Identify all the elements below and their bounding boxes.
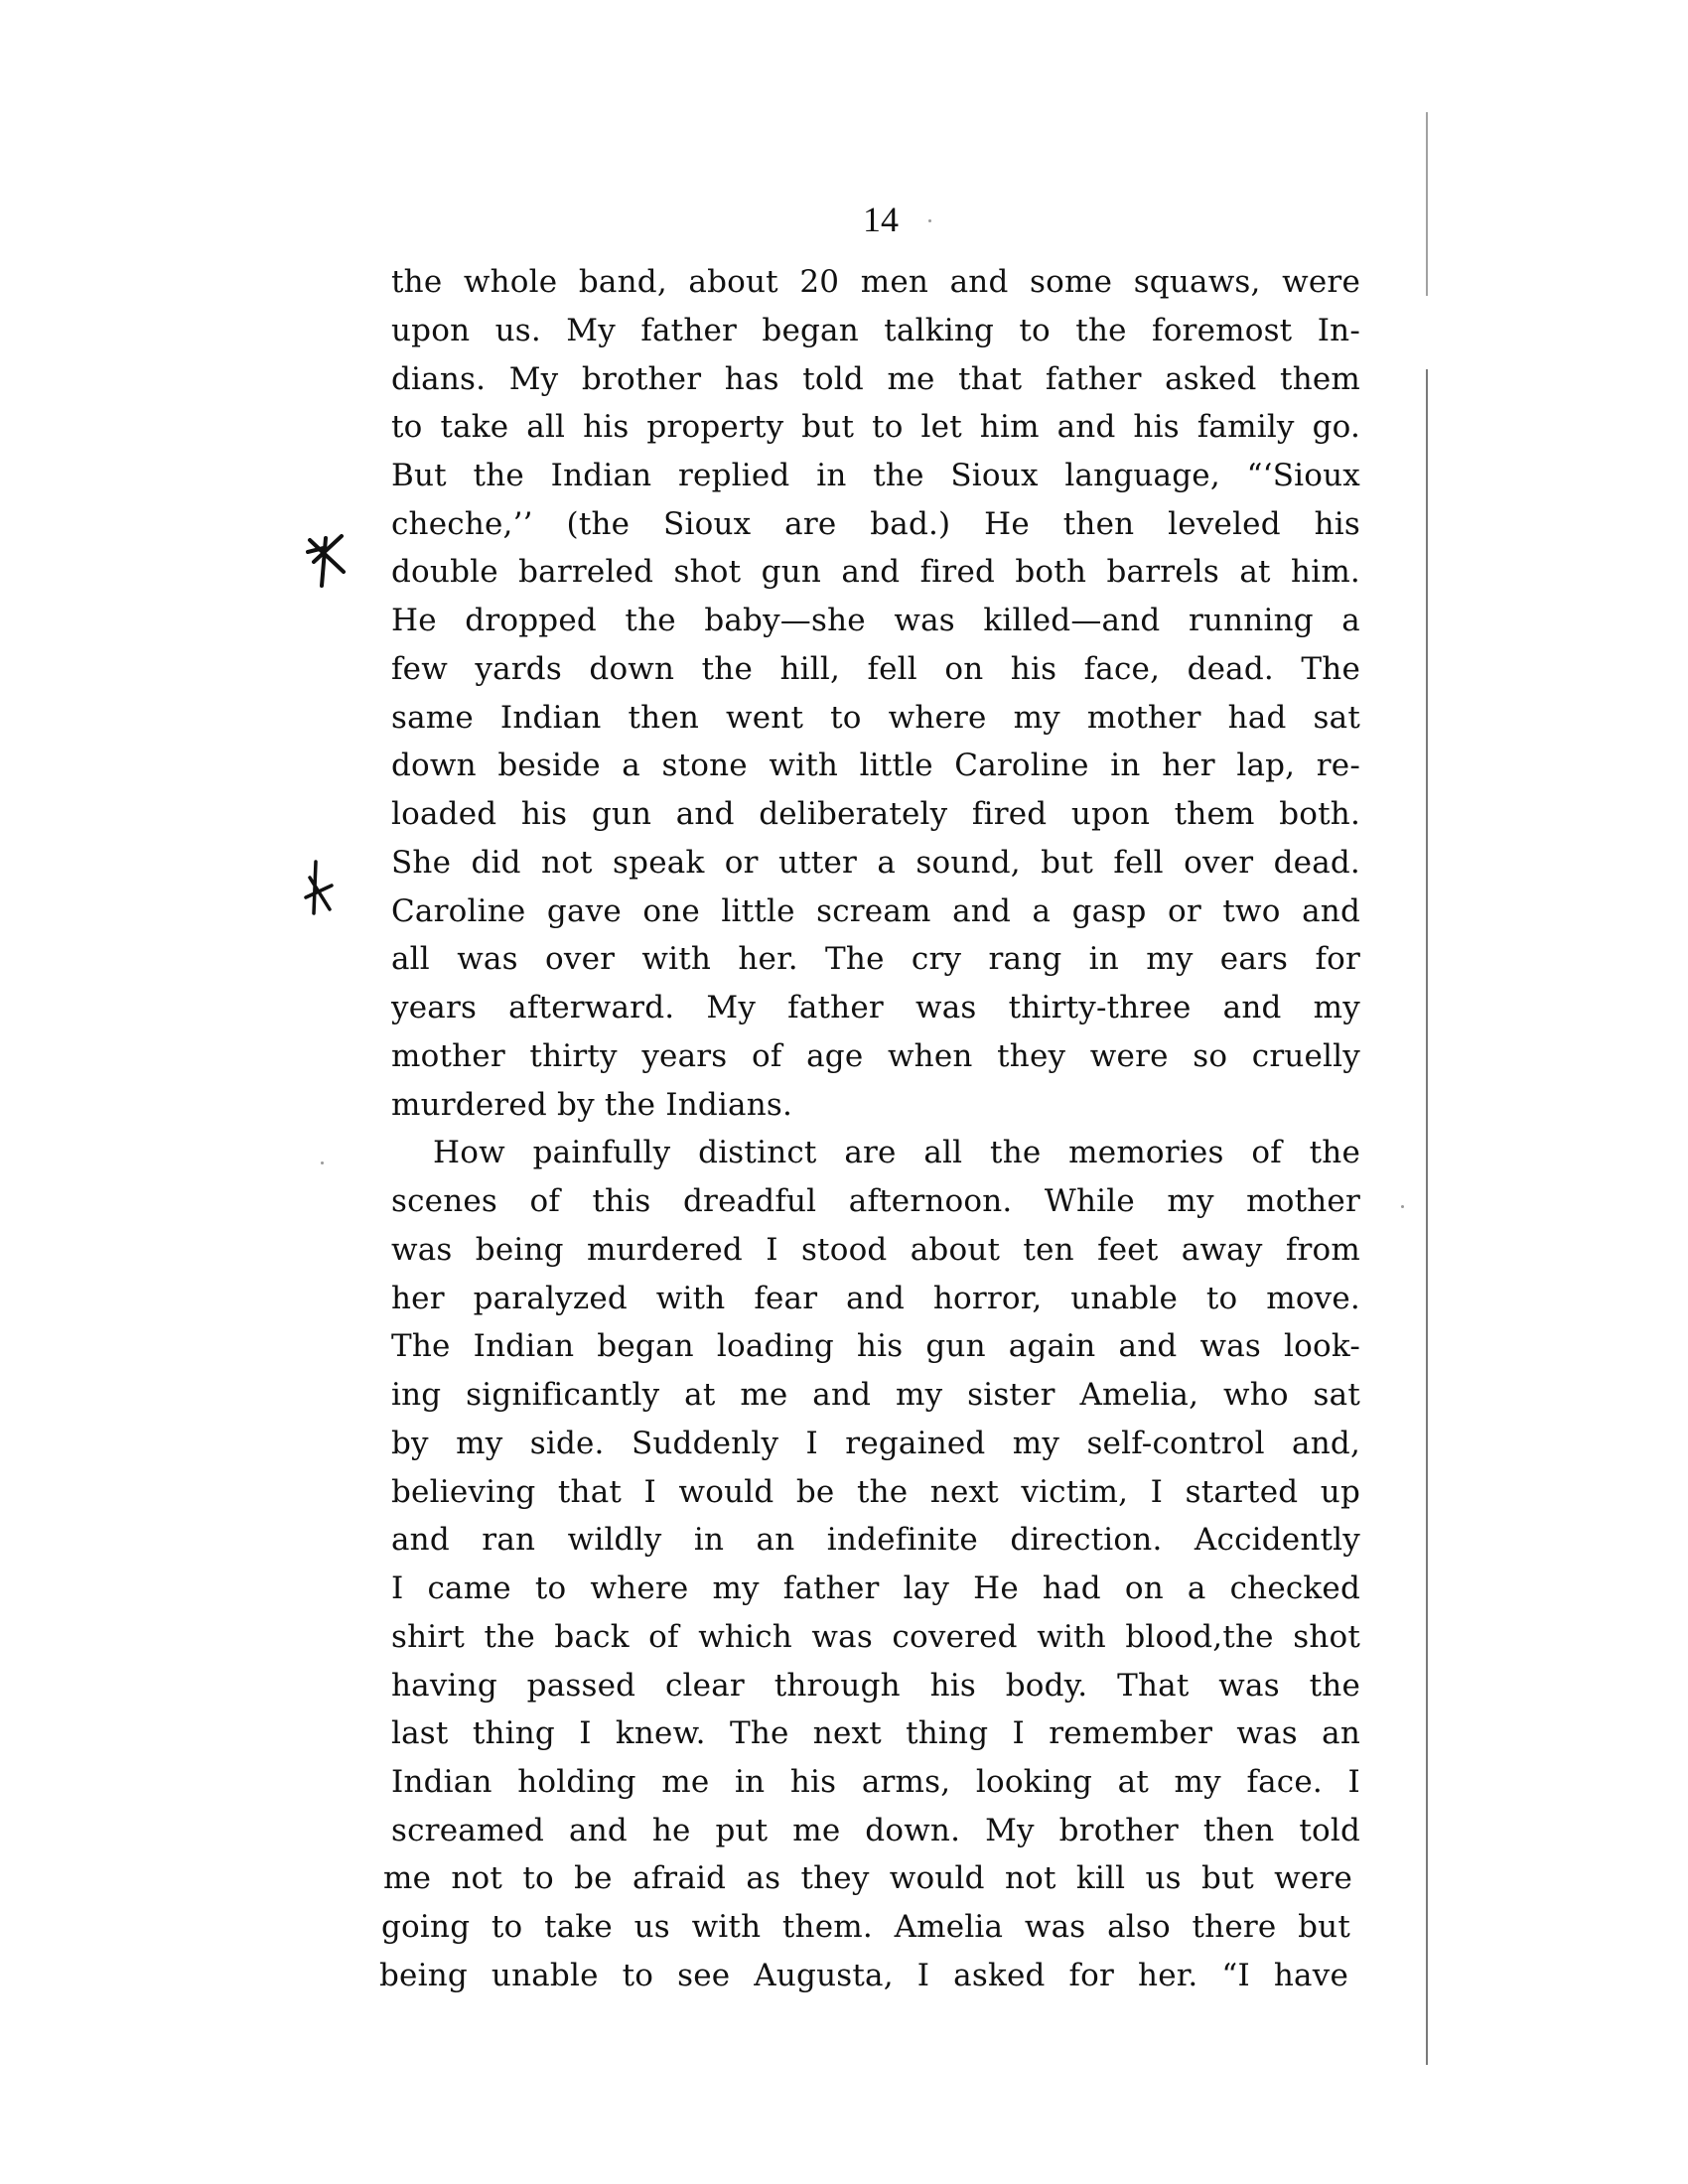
text-line: having passed clear through his body. Th… [391,1662,1360,1709]
text-line: I came to where my father lay He had on … [391,1565,1360,1612]
text-line: down beside a stone with little Caroline… [391,742,1360,789]
scan-speck [321,1161,324,1164]
text-line: double barreled shot gun and fired both … [391,548,1360,596]
text-line: dians. My brother has told me that fathe… [391,355,1360,403]
text-line: to take all his property but to let him … [391,403,1360,451]
text-line: cheche,’’ (the Sioux are bad.) He then l… [391,500,1360,548]
text-line: loaded his gun and deliberately fired up… [391,790,1360,838]
text-line: Indian holding me in his arms, looking a… [391,1758,1360,1806]
text-line: He dropped the baby—she was killed—and r… [391,597,1360,644]
text-line: screamed and he put me down. My brother … [391,1807,1360,1854]
text-line: going to take us with them. Amelia was a… [381,1903,1350,1951]
scan-speck [1401,1205,1404,1208]
text-line: She did not speak or utter a sound, but … [391,839,1360,887]
scan-speck [928,219,931,222]
right-margin-rule [1426,369,1428,2065]
text-line: mother thirty years of age when they wer… [391,1032,1360,1080]
right-margin-rule-top [1426,112,1428,296]
scanned-book-page: 14 the whole band, about 20 men and some… [0,0,1688,2184]
text-line: all was over with her. The cry rang in m… [391,935,1360,983]
text-line: scenes of this dreadful afternoon. While… [391,1177,1360,1225]
text-line: shirt the back of which was covered with… [391,1613,1360,1661]
text-line: The Indian began loading his gun again a… [391,1322,1360,1370]
text-line: ing significantly at me and my sister Am… [391,1371,1360,1419]
text-line: and ran wildly in an indefinite directio… [391,1516,1360,1564]
page-number: 14 [856,199,906,240]
text-line-paragraph-end: murdered by the Indians. [391,1081,1360,1129]
text-line: upon us. My father began talking to the … [391,307,1360,354]
text-line: her paralyzed with fear and horror, unab… [391,1275,1360,1322]
text-line: was being murdered I stood about ten fee… [391,1226,1360,1274]
text-line: me not to be afraid as they would not ki… [383,1854,1352,1902]
text-line: Caroline gave one little scream and a ga… [391,887,1360,935]
text-line: last thing I knew. The next thing I reme… [391,1709,1360,1757]
text-line: same Indian then went to where my mother… [391,694,1360,742]
asterisk-icon [304,532,352,588]
text-line: by my side. Suddenly I regained my self-… [391,1420,1360,1467]
text-line: believing that I would be the next victi… [391,1468,1360,1516]
text-line: But the Indian replied in the Sioux lang… [391,452,1360,499]
text-line: years afterward. My father was thirty-th… [391,984,1360,1031]
text-line: few yards down the hill, fell on his fac… [391,645,1360,693]
text-line: the whole band, about 20 men and some sq… [391,258,1360,306]
text-line: being unable to see Augusta, I asked for… [379,1952,1348,1999]
text-line-paragraph-start: How painfully distinct are all the memor… [391,1129,1360,1176]
asterisk-icon [302,858,336,917]
